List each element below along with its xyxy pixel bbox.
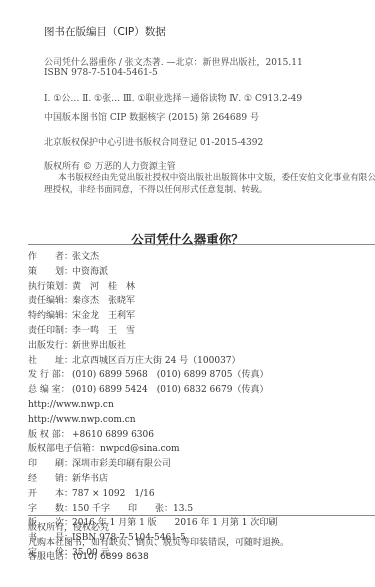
credit-row-distribution-dept: 发 行 部：(010) 6899 5968 (010) 6899 8705（传真… — [28, 368, 277, 383]
credit-row-distributor: 经 销：新华书店 — [28, 472, 277, 487]
credit-row-author: 作 者：张文杰 — [28, 250, 277, 265]
footer-notice: 版权所有，侵权必究 凡购本社图书，如有缺页、倒页、脱页等印装错误，可随时退换。 … — [28, 521, 289, 565]
cip-classification-line: Ⅰ. ①公… Ⅱ. ①张… Ⅲ. ①职业选择－通俗读物 Ⅳ. ① C913.2-… — [44, 91, 302, 104]
credit-row-website-2: http://www.nwp.com.cn — [28, 413, 277, 428]
top-divider — [28, 244, 375, 245]
credit-row-special-editor: 特约编辑：宋金龙 王利军 — [28, 309, 277, 324]
credit-row-responsible-editor: 责任编辑：秦彦杰 张晓军 — [28, 294, 277, 309]
cip-isbn-line: ISBN 978-7-5104-5461-5 — [44, 68, 158, 78]
website-link-1[interactable]: http://www.nwp.cn — [28, 398, 114, 413]
credit-row-publisher: 出版发行：新世界出版社 — [28, 339, 277, 354]
credit-row-website-1: http://www.nwp.cn — [28, 398, 277, 413]
credit-row-planning: 策 划：中资海派 — [28, 265, 277, 280]
customer-service-line: 客服电话：(010) 6899 8638 — [28, 550, 289, 565]
credit-row-address: 社 址：北京西城区百万庄大街 24 号（100037） — [28, 354, 277, 369]
credit-row-copyright-dept: 版 权 部：+8610 6899 6306 — [28, 428, 277, 443]
credit-row-copyright-email: 版权部电子信箱：nwpcd@sina.com — [28, 442, 277, 457]
cip-heading: 图书在版编目（CIP）数据 — [44, 24, 166, 39]
bottom-divider — [28, 515, 375, 516]
credit-row-editorial-office: 总 编 室：(010) 6899 5424 (010) 6832 6679（传真… — [28, 383, 277, 398]
credit-row-format: 开 本：787 × 1092 1/16 — [28, 487, 277, 502]
credit-row-printer: 印 刷：深圳市彩美印刷有限公司 — [28, 457, 277, 472]
cip-bibliographic-line: 公司凭什么器重你 / 张文杰著. —北京：新世界出版社，2015.11 — [44, 55, 303, 68]
book-title: 公司凭什么器重你？ — [0, 230, 375, 248]
license-paragraph-line-2: 理授权，非经书面同意，不得以任何形式任意复制、转载。 — [44, 183, 267, 195]
rights-reserved-line: 版权所有，侵权必究 — [28, 521, 289, 536]
website-link-2[interactable]: http://www.nwp.com.cn — [28, 413, 136, 428]
credit-row-executive-planning: 执行策划：黄 河 桂 林 — [28, 280, 277, 295]
copyright-registration-line: 北京版权保护中心引进书版权合同登记 01-2015-4392 — [44, 135, 263, 148]
credit-row-print-supervisor: 责任印制：李一鸣 王 雪 — [28, 324, 277, 339]
license-paragraph-line-1: 本书版权经由先觉出版社授权中资出版社出版简体中文版，委任安伯文化事业有限公司代 — [58, 171, 375, 183]
copyright-email-link[interactable]: nwpcd@sina.com — [100, 442, 180, 457]
return-policy-line: 凡购本社图书，如有缺页、倒页、脱页等印装错误，可随时退换。 — [28, 536, 289, 551]
cip-number-line: 中国版本图书馆 CIP 数据核字 (2015) 第 264689 号 — [44, 110, 259, 123]
